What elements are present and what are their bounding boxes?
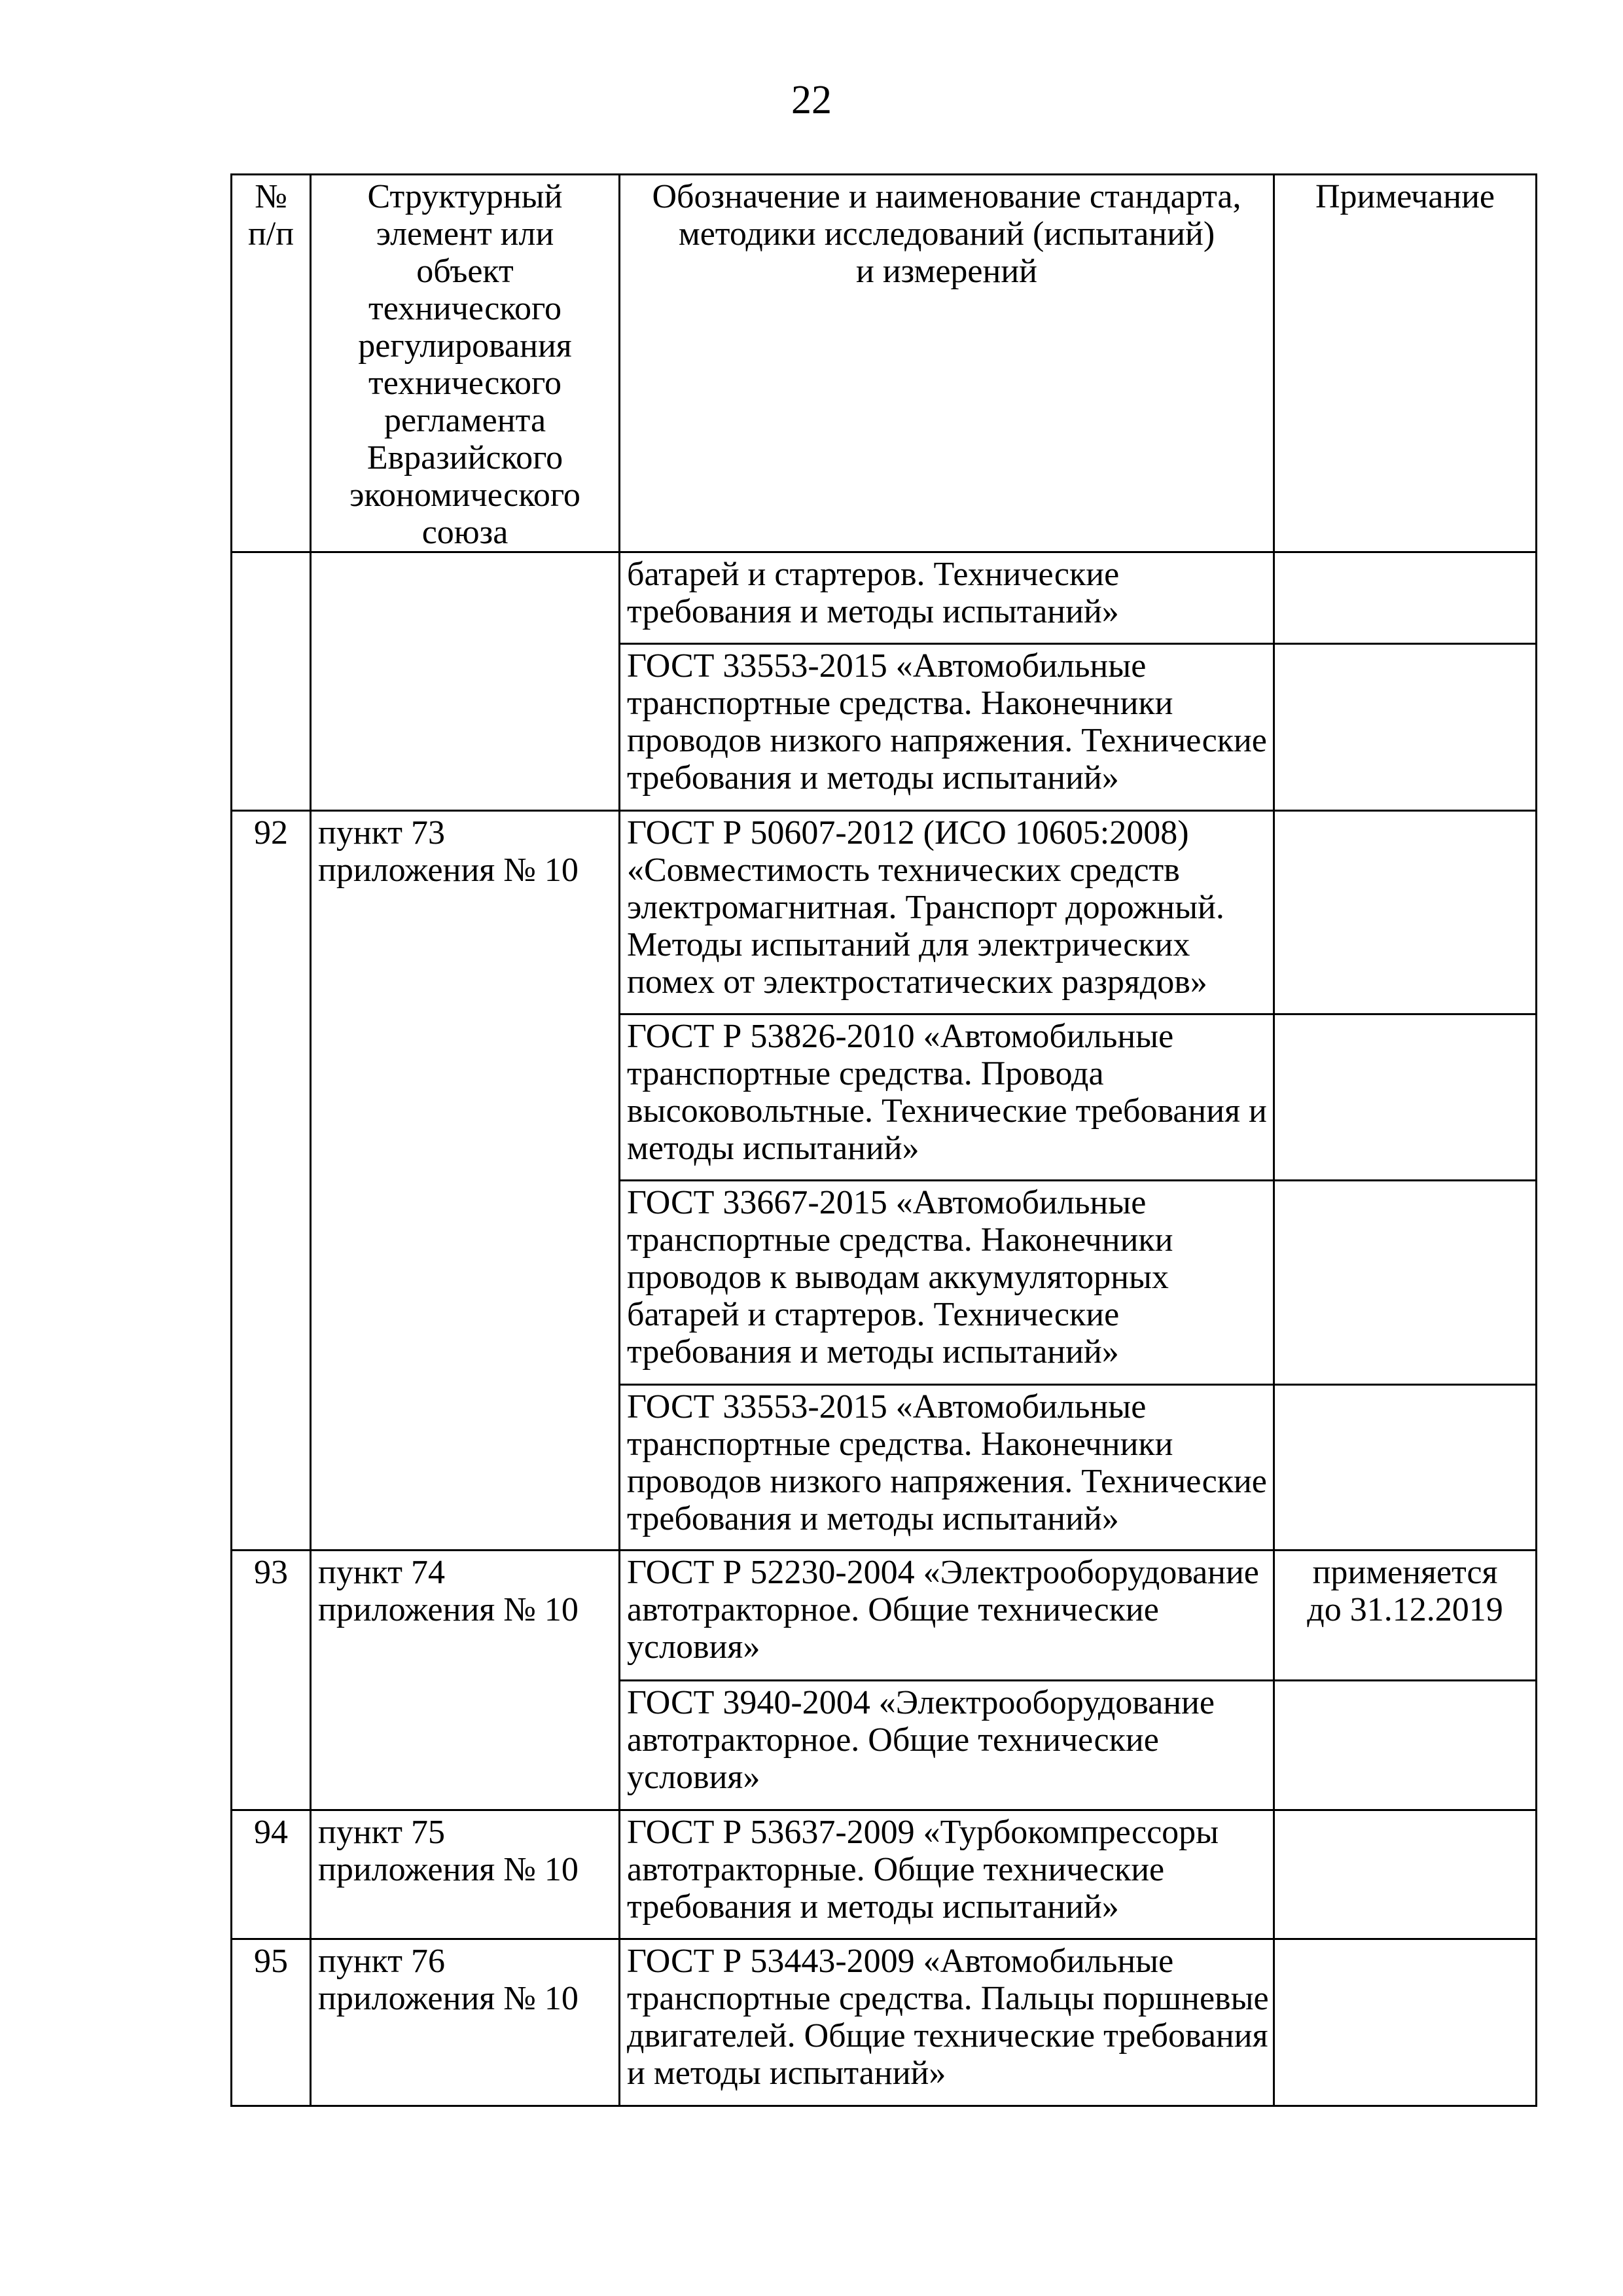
standard-line: ГОСТ Р 53637-2009 «Турбокомпрессоры: [627, 1814, 1266, 1851]
standard-line: «Совместимость технических средств: [627, 852, 1266, 889]
row-number: [232, 552, 311, 811]
table-row: 94пункт 75приложения № 10ГОСТ Р 53637-20…: [232, 1810, 1537, 1939]
header-structural-element-line: Структурный: [318, 178, 612, 215]
note-cell: [1274, 1014, 1537, 1181]
note-line: до 31.12.2019: [1281, 1591, 1529, 1628]
note-cell: [1274, 1681, 1537, 1810]
header-structural-element-line: союза: [318, 514, 612, 551]
standard-line: ГОСТ 33553-2015 «Автомобильные: [627, 647, 1266, 685]
standard-line: батарей и стартеров. Технические: [627, 556, 1266, 593]
row-number: 93: [232, 1551, 311, 1810]
standard-line: транспортные средства. Наконечники: [627, 1221, 1266, 1259]
standard-line: автотракторное. Общие технические: [627, 1721, 1266, 1759]
header-note: Примечание: [1274, 175, 1537, 552]
standard-cell: ГОСТ Р 53637-2009 «Турбокомпрессорыавтот…: [620, 1810, 1274, 1939]
note-cell: [1274, 1810, 1537, 1939]
standard-line: высоковольтные. Технические требования и: [627, 1092, 1266, 1130]
standard-cell: ГОСТ Р 53443-2009 «Автомобильныетранспор…: [620, 1939, 1274, 2106]
standard-line: помех от электростатических разрядов»: [627, 963, 1266, 1001]
header-structural-element-line: экономического: [318, 476, 612, 514]
header-structural-element-line: технического: [318, 365, 612, 402]
header-number-line: п/п: [239, 215, 303, 253]
note-cell: [1274, 1939, 1537, 2106]
standard-line: и методы испытаний»: [627, 2054, 1266, 2092]
standard-line: автотракторное. Общие технические: [627, 1591, 1266, 1628]
table-row: 95пункт 76приложения № 10ГОСТ Р 53443-20…: [232, 1939, 1537, 2106]
header-structural-element-line: элемент или: [318, 215, 612, 253]
standard-line: ГОСТ 3940-2004 «Электрооборудование: [627, 1684, 1266, 1721]
note-line: применяется: [1281, 1554, 1529, 1591]
header-standard-line: Обозначение и наименование стандарта,: [627, 178, 1266, 215]
header-structural-element-line: технического: [318, 290, 612, 327]
note-cell: применяетсядо 31.12.2019: [1274, 1551, 1537, 1681]
standard-line: проводов к выводам аккумуляторных: [627, 1259, 1266, 1296]
standard-cell: ГОСТ 3940-2004 «Электрооборудованиеавтот…: [620, 1681, 1274, 1810]
note-cell: [1274, 644, 1537, 811]
standard-line: ГОСТ 33667-2015 «Автомобильные: [627, 1184, 1266, 1221]
standard-cell: батарей и стартеров. Техническиетребован…: [620, 552, 1274, 644]
table-row: 93пункт 74приложения № 10ГОСТ Р 52230-20…: [232, 1551, 1537, 1681]
table-body: батарей и стартеров. Техническиетребован…: [232, 552, 1537, 2106]
standard-line: транспортные средства. Пальцы поршневые: [627, 1980, 1266, 2017]
standard-line: требования и методы испытаний»: [627, 759, 1266, 797]
structural-element-line: пункт 73: [318, 814, 612, 852]
standard-cell: ГОСТ 33553-2015 «Автомобильныетранспортн…: [620, 644, 1274, 811]
header-structural-element-line: регулирования: [318, 327, 612, 365]
structural-element: пункт 74приложения № 10: [311, 1551, 620, 1810]
standard-line: Методы испытаний для электрических: [627, 926, 1266, 963]
standard-cell: ГОСТ Р 53826-2010 «Автомобильныетранспор…: [620, 1014, 1274, 1181]
note-cell: [1274, 1385, 1537, 1551]
structural-element-line: пункт 76: [318, 1943, 612, 1980]
standard-line: электромагнитная. Транспорт дорожный.: [627, 889, 1266, 926]
row-number: 95: [232, 1939, 311, 2106]
structural-element-line: приложения № 10: [318, 1980, 612, 2017]
standard-cell: ГОСТ 33667-2015 «Автомобильныетранспортн…: [620, 1181, 1274, 1385]
header-note-line: Примечание: [1281, 178, 1529, 215]
header-structural-element-line: Евразийского: [318, 439, 612, 476]
structural-element-line: приложения № 10: [318, 1591, 612, 1628]
header-number: №п/п: [232, 175, 311, 552]
standard-line: требования и методы испытаний»: [627, 1500, 1266, 1537]
standard-line: ГОСТ 33553-2015 «Автомобильные: [627, 1388, 1266, 1426]
standard-line: проводов низкого напряжения. Технические: [627, 1463, 1266, 1500]
row-number: 94: [232, 1810, 311, 1939]
standard-line: транспортные средства. Провода: [627, 1055, 1266, 1092]
header-number-line: №: [239, 178, 303, 215]
table-row: 92пункт 73приложения № 10ГОСТ Р 50607-20…: [232, 811, 1537, 1014]
header-structural-element: Структурныйэлемент илиобъекттехнического…: [311, 175, 620, 552]
standard-line: транспортные средства. Наконечники: [627, 685, 1266, 722]
standard-line: методы испытаний»: [627, 1130, 1266, 1167]
header-standard-line: и измерений: [627, 253, 1266, 290]
structural-element: пункт 76приложения № 10: [311, 1939, 620, 2106]
standard-cell: ГОСТ 33553-2015 «Автомобильныетранспортн…: [620, 1385, 1274, 1551]
standard-line: условия»: [627, 1628, 1266, 1666]
standard-cell: ГОСТ Р 50607-2012 (ИСО 10605:2008)«Совме…: [620, 811, 1274, 1014]
structural-element-line: пункт 75: [318, 1814, 612, 1851]
header-structural-element-line: объект: [318, 253, 612, 290]
standard-line: ГОСТ Р 53826-2010 «Автомобильные: [627, 1018, 1266, 1055]
header-structural-element-line: регламента: [318, 402, 612, 439]
standard-line: двигателей. Общие технические требования: [627, 2017, 1266, 2054]
standard-line: условия»: [627, 1759, 1266, 1796]
table-row: батарей и стартеров. Техническиетребован…: [232, 552, 1537, 644]
standard-line: ГОСТ Р 53443-2009 «Автомобильные: [627, 1943, 1266, 1980]
structural-element-line: приложения № 10: [318, 1851, 612, 1888]
structural-element: [311, 552, 620, 811]
standard-line: проводов низкого напряжения. Технические: [627, 722, 1266, 759]
standard-line: транспортные средства. Наконечники: [627, 1426, 1266, 1463]
standard-line: требования и методы испытаний»: [627, 1333, 1266, 1371]
note-cell: [1274, 811, 1537, 1014]
standard-line: ГОСТ Р 50607-2012 (ИСО 10605:2008): [627, 814, 1266, 852]
standard-line: батарей и стартеров. Технические: [627, 1296, 1266, 1333]
structural-element: пункт 73приложения № 10: [311, 811, 620, 1551]
table-header-row: №п/пСтруктурныйэлемент илиобъекттехничес…: [232, 175, 1537, 552]
structural-element-line: пункт 74: [318, 1554, 612, 1591]
standard-cell: ГОСТ Р 52230-2004 «Электрооборудованиеав…: [620, 1551, 1274, 1681]
row-number: 92: [232, 811, 311, 1551]
standard-line: требования и методы испытаний»: [627, 593, 1266, 630]
structural-element-line: приложения № 10: [318, 852, 612, 889]
page-number: 22: [0, 77, 1623, 123]
standard-line: ГОСТ Р 52230-2004 «Электрооборудование: [627, 1554, 1266, 1591]
standard-line: требования и методы испытаний»: [627, 1888, 1266, 1926]
header-standard-line: методики исследований (испытаний): [627, 215, 1266, 253]
header-standard: Обозначение и наименование стандарта,мет…: [620, 175, 1274, 552]
structural-element: пункт 75приложения № 10: [311, 1810, 620, 1939]
standard-line: автотракторные. Общие технические: [627, 1851, 1266, 1888]
note-cell: [1274, 552, 1537, 644]
standards-table: №п/пСтруктурныйэлемент илиобъекттехничес…: [230, 173, 1537, 2107]
note-cell: [1274, 1181, 1537, 1385]
